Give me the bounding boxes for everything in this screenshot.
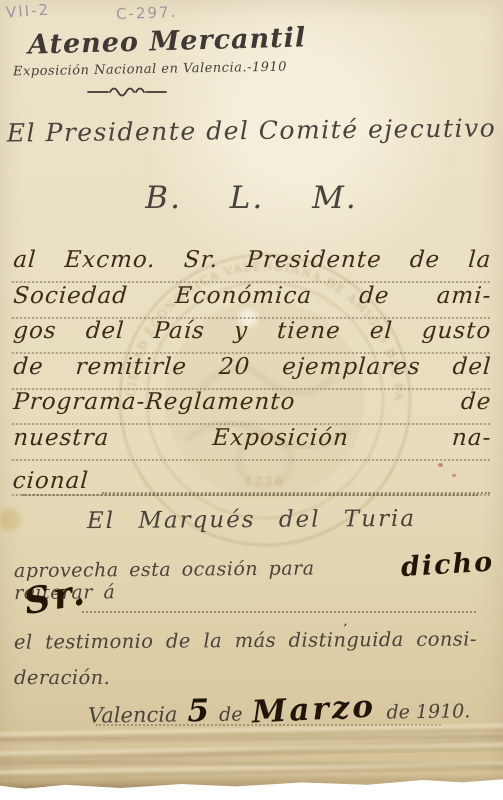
handwritten-dicho: dicho — [400, 546, 495, 583]
letterhead-org-name: Ateneo Mercantil — [28, 22, 307, 60]
dotted-rule — [22, 494, 478, 496]
body-line: Programa-Reglamento de — [12, 389, 492, 425]
body-line: cional — [12, 460, 492, 496]
body-line-word: cional — [12, 468, 90, 494]
body-line: Sociedad Económica de ami- — [12, 283, 492, 319]
ink-stain — [452, 474, 456, 477]
scanned-letter-page: SOCIEDAD ECONOMICA VALENCIANA DE AMIGOS … — [0, 0, 503, 800]
body-line: de remitirle 20 ejemplares del — [12, 354, 492, 390]
letterhead-flourish-icon — [86, 84, 168, 98]
body-line: gos del País y tiene el gusto — [12, 318, 492, 354]
date-year: de 1910. — [386, 700, 470, 723]
handwritten-body: al Excmo. Sr. Presidente de la Sociedad … — [13, 247, 491, 496]
closing-line-1: el testimonio de la más distinguida cons… — [14, 627, 494, 653]
closing-line-2: deración. — [14, 666, 110, 689]
marques-line: El Marqués del Turia — [0, 505, 503, 535]
dotted-fill-rule — [102, 466, 492, 494]
body-line: al Excmo. Sr. Presidente de la — [12, 247, 492, 283]
archive-mark-left: VII-2 — [5, 0, 50, 21]
letterhead-subtitle: Exposición Nacional en Valencia.-1910 — [13, 60, 287, 80]
ink-tick-mark: , — [343, 614, 350, 629]
president-line: El Presidente del Comité ejecutivo — [0, 113, 503, 147]
archive-mark-right: C-297. — [116, 3, 178, 23]
salutation-blm: B. L. M. — [0, 180, 503, 216]
paper-bottom-edge-shadow — [0, 774, 503, 788]
body-line: nuestra Exposición na- — [12, 425, 492, 461]
dotted-rule — [82, 611, 476, 613]
ink-stain — [438, 463, 443, 467]
